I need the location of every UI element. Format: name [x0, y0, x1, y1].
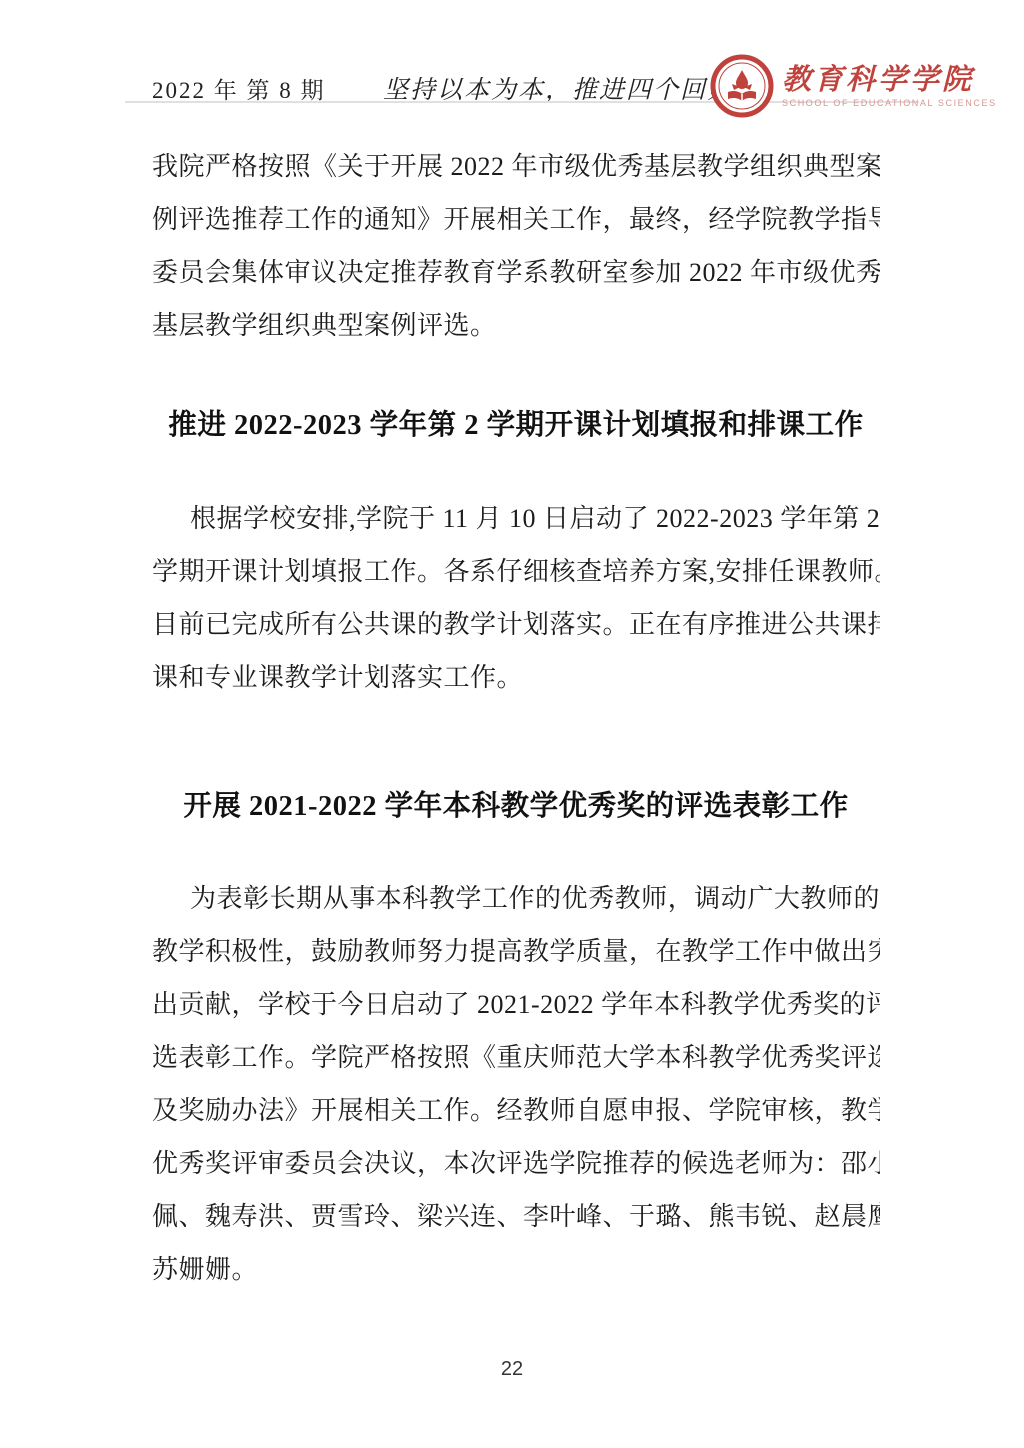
- school-name: 教育科学学院 SCHOOL OF EDUCATIONAL SCIENCES: [782, 65, 997, 108]
- body-text-line: 优秀奖评审委员会决议，本次评选学院推荐的候选老师为：邵小: [152, 1137, 880, 1190]
- book-flame-seal-icon: [710, 54, 774, 118]
- body-text-line: 课和专业课教学计划落实工作。: [152, 651, 880, 704]
- body-text-line: 例评选推荐工作的通知》开展相关工作，最终，经学院教学指导: [152, 193, 880, 246]
- school-name-en: SCHOOL OF EDUCATIONAL SCIENCES: [782, 98, 997, 108]
- body-text-line: 及奖励办法》开展相关工作。经教师自愿申报、学院审核，教学: [152, 1084, 880, 1137]
- body-text-line: 根据学校安排,学院于 11 月 10 日启动了 2022-2023 学年第 2: [152, 492, 880, 545]
- body-text-line: 出贡献，学校于今日启动了 2021-2022 学年本科教学优秀奖的评: [152, 978, 880, 1031]
- school-name-cn: 教育科学学院: [782, 65, 997, 95]
- paragraph-3: 为表彰长期从事本科教学工作的优秀教师，调动广大教师的 教学积极性，鼓励教师努力提…: [152, 872, 880, 1296]
- paragraph-1: 我院严格按照《关于开展 2022 年市级优秀基层教学组织典型案 例评选推荐工作的…: [152, 140, 880, 352]
- body-text-line: 委员会集体审议决定推荐教育学系教研室参加 2022 年市级优秀: [152, 246, 880, 299]
- paragraph-2: 根据学校安排,学院于 11 月 10 日启动了 2022-2023 学年第 2 …: [152, 492, 880, 704]
- school-logo: 教育科学学院 SCHOOL OF EDUCATIONAL SCIENCES: [710, 54, 997, 118]
- body-text-line: 我院严格按照《关于开展 2022 年市级优秀基层教学组织典型案: [152, 140, 880, 193]
- document-page: 2022 年 第 8 期 坚持以本为本，推进四个回归 教育科学学院 SCHOOL…: [0, 0, 1024, 1448]
- page-number: 22: [0, 1358, 1024, 1381]
- body-text-line: 选表彰工作。学院严格按照《重庆师范大学本科教学优秀奖评选: [152, 1031, 880, 1084]
- body-text-line: 目前已完成所有公共课的教学计划落实。正在有序推进公共课排: [152, 598, 880, 651]
- body-text-line: 基层教学组织典型案例评选。: [152, 299, 880, 352]
- body-text-line: 为表彰长期从事本科教学工作的优秀教师，调动广大教师的: [152, 872, 880, 925]
- body-text-line: 佩、魏寿洪、贾雪玲、梁兴连、李叶峰、于璐、熊韦锐、赵晨鹰、: [152, 1190, 880, 1243]
- section-heading-1: 推进 2022-2023 学年第 2 学期开课计划填报和排课工作: [152, 402, 880, 443]
- section-heading-2: 开展 2021-2022 学年本科教学优秀奖的评选表彰工作: [152, 783, 880, 824]
- body-text-line: 学期开课计划填报工作。各系仔细核查培养方案,安排任课教师。: [152, 545, 880, 598]
- body-text-line: 教学积极性，鼓励教师努力提高教学质量，在教学工作中做出突: [152, 925, 880, 978]
- body-text-line: 苏姗姗。: [152, 1243, 880, 1296]
